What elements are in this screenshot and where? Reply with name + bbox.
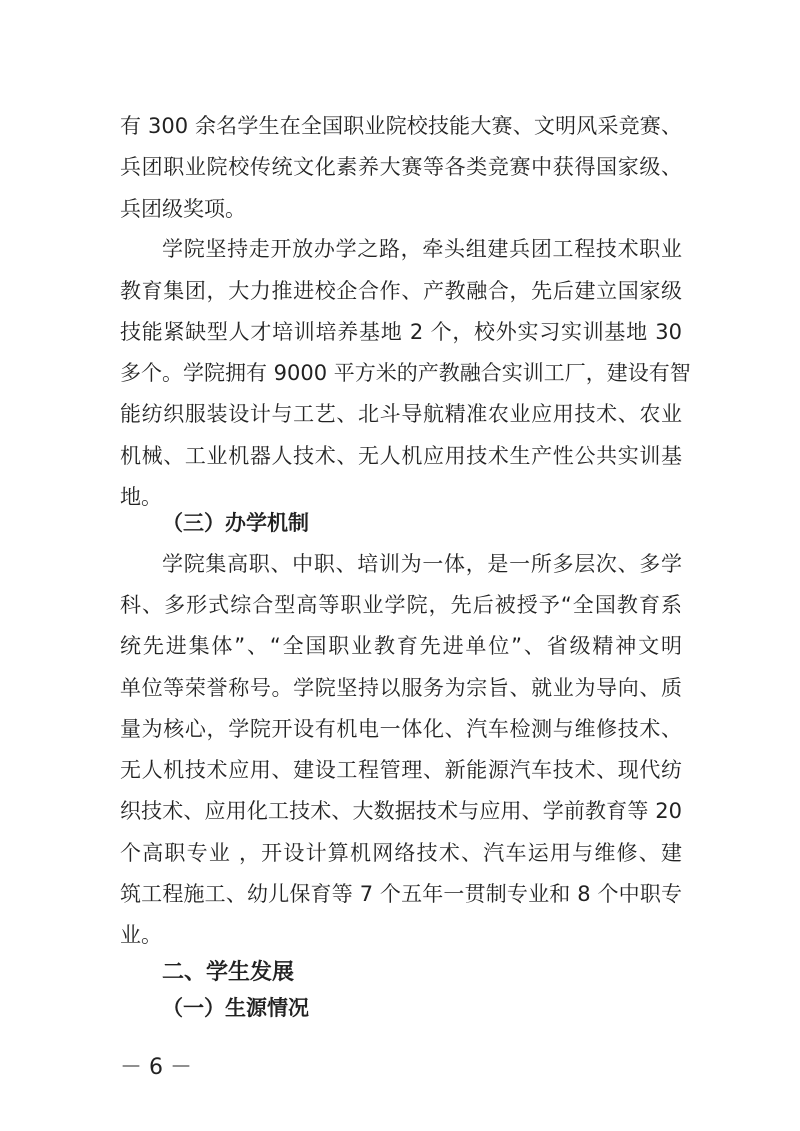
text-line: 业。 — [120, 921, 682, 949]
section-heading: （一）生源情况 — [162, 994, 462, 1022]
text-line: 学院集高职、中职、培训为一体，是一所多层次、多学 — [162, 550, 682, 578]
text-line: 地。 — [120, 483, 682, 511]
text-line: 有 300 余名学生在全国职业院校技能大赛、文明风采竞赛、 — [120, 112, 682, 140]
text-line: 无人机技术应用、建设工程管理、新能源汽车技术、现代纺 — [120, 756, 682, 784]
text-line: 教育集团，大力推进校企合作、产教融合，先后建立国家级 — [120, 277, 682, 305]
text-line: 兵团职业院校传统文化素养大赛等各类竞赛中获得国家级、 — [120, 153, 682, 181]
text-line: 统先进集体”、“全国职业教育先进单位”、省级精神文明 — [120, 632, 682, 660]
page-number: － 6 － — [120, 1050, 192, 1081]
text-line: 兵团级奖项。 — [120, 195, 682, 223]
text-line: 织技术、应用化工技术、大数据技术与应用、学前教育等 20 — [120, 797, 682, 825]
text-line: 个高职专业 ，开设计算机网络技术、汽车运用与维修、建 — [120, 839, 682, 867]
section-heading: 二、学生发展 — [162, 959, 462, 987]
text-line: 科、多形式综合型高等职业学院，先后被授予“全国教育系 — [120, 591, 682, 619]
text-line: 学院坚持走开放办学之路，牵头组建兵团工程技术职业 — [162, 235, 682, 263]
text-line: 能纺织服装设计与工艺、北斗导航精准农业应用技术、农业 — [120, 400, 682, 428]
text-line: 筑工程施工、幼儿保育等 7 个五年一贯制专业和 8 个中职专 — [120, 880, 682, 908]
text-line: 技能紧缺型人才培训培养基地 2 个，校外实习实训基地 30 — [120, 318, 682, 346]
text-line: 量为核心，学院开设有机电一体化、汽车检测与维修技术、 — [120, 715, 682, 743]
section-heading: （三）办学机制 — [162, 509, 462, 537]
text-line: 单位等荣誉称号。学院坚持以服务为宗旨、就业为导向、质 — [120, 674, 682, 702]
document-page: 有 300 余名学生在全国职业院校技能大赛、文明风采竞赛、兵团职业院校传统文化素… — [0, 0, 800, 1131]
text-line: 多个。学院拥有 9000 平方米的产教融合实训工厂，建设有智 — [120, 359, 682, 387]
text-line: 机械、工业机器人技术、无人机应用技术生产性公共实训基 — [120, 442, 682, 470]
